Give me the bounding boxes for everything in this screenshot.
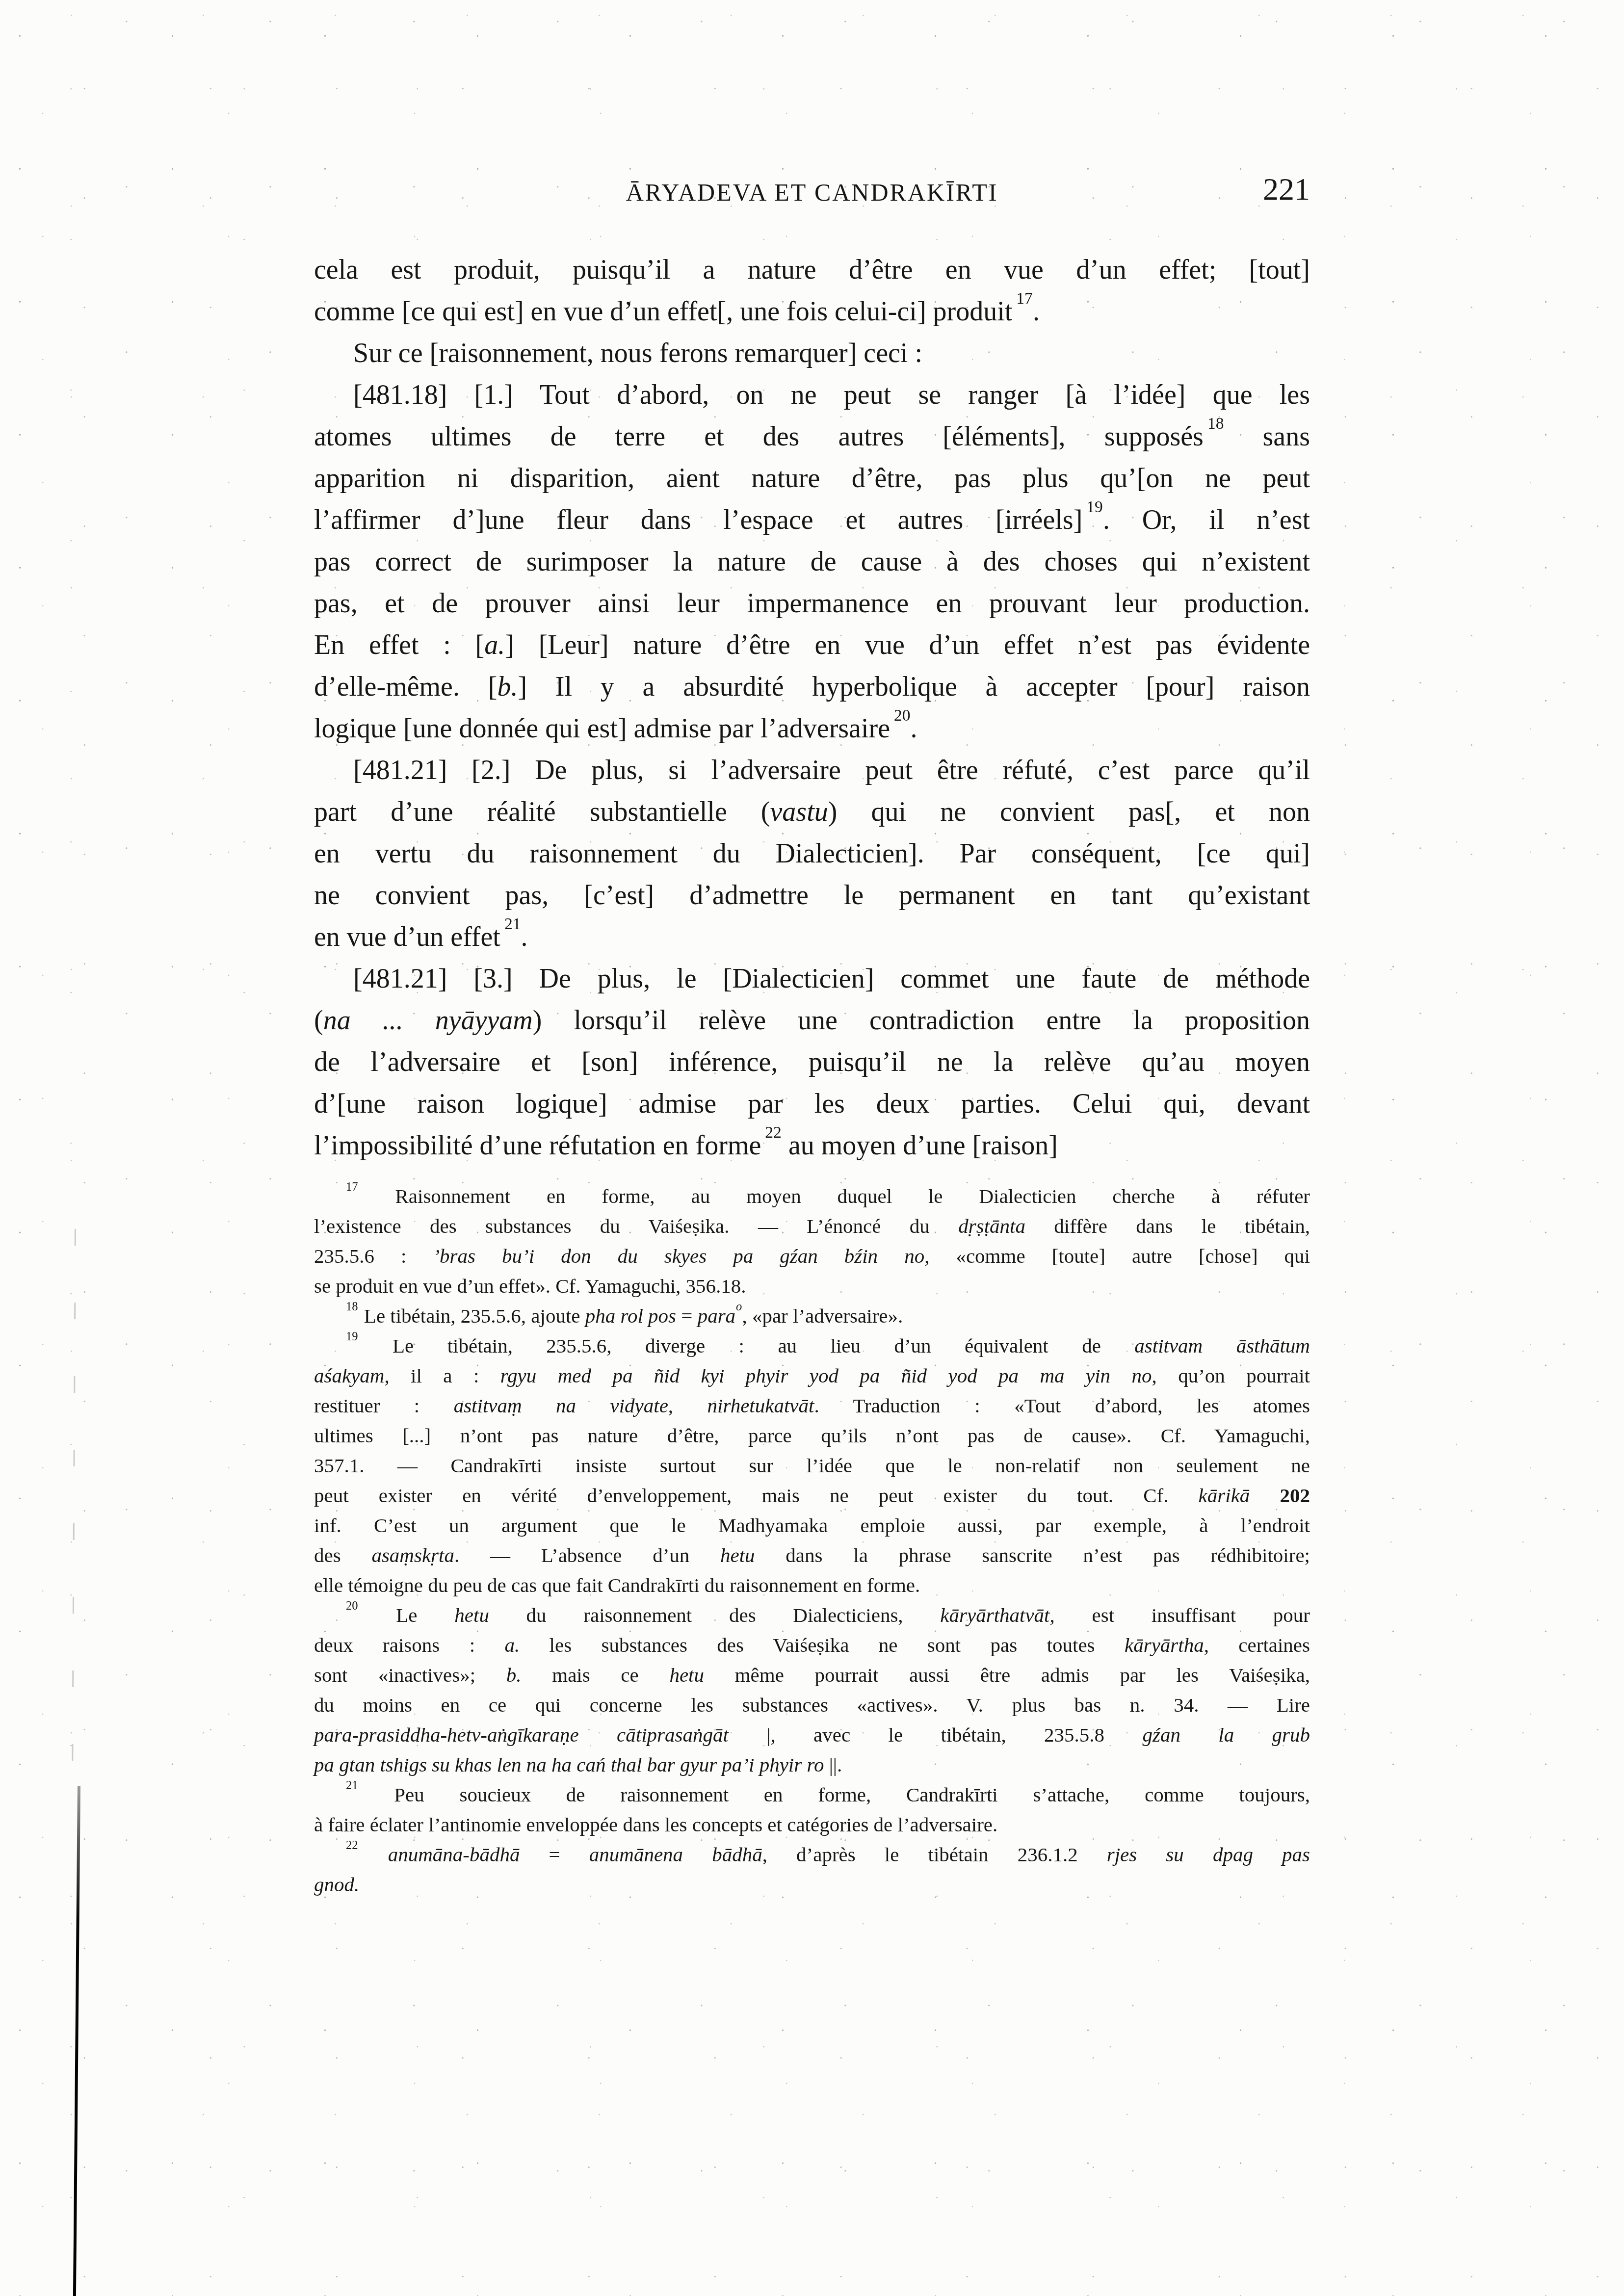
text-run: dans la phrase sanscrite n’est pas rédhi… [755,1544,1310,1566]
body-line: comme [ce qui est] en vue d’un effet[, u… [314,291,1310,333]
text-run: , il a : [384,1364,500,1387]
footnote-line: 19 Le tibétain, 235.5.6, diverge : au li… [314,1331,1310,1361]
footnote-line: 17 Raisonnement en forme, au moyen duque… [314,1181,1310,1211]
text-run: anumāna-bādhā [388,1843,520,1866]
text-run: dṛṣṭānta [958,1215,1025,1237]
text-run: 20 [890,706,911,725]
text-run: de l’adversaire et [son] inférence, puis… [314,1047,1310,1077]
body-line: part d’une réalité substantielle (vastu)… [314,791,1310,833]
text-run: b. [497,672,518,702]
text-run: [481.18] [1.] Tout d’abord, on ne peut s… [353,380,1310,410]
text-run: na ... nyāyyam [323,1005,533,1036]
footnote-line: à faire éclater l’antinomie enveloppée d… [314,1810,1310,1840]
page-title: ĀRYADEVA ET CANDRAKĪRTI [314,178,1310,207]
text-run: Sur ce [raisonnement, nous ferons remarq… [353,338,922,368]
text-run: logique [une donnée qui est] admise par … [314,713,890,744]
paragraph: Sur ce [raisonnement, nous ferons remarq… [314,333,1310,374]
text-run: a. [504,1634,520,1656]
text-run: gnod. [314,1873,359,1896]
text-run: Le [359,1604,455,1626]
text-run: ultimes [...] n’ont pas nature d’être, p… [314,1424,1310,1447]
text-run: aśakyam [314,1364,384,1387]
text-run: peut exister en vérité d’enveloppement, … [314,1484,1199,1507]
text-run: du moins en ce qui concerne les substanc… [314,1694,1310,1716]
text-run: pas correct de surimposer la nature de c… [314,547,1310,577]
footnote-line: 235.5.6 : ’bras bu’i don du skyes pa gźa… [314,1241,1310,1271]
text-run: Le tibétain, 235.5.6, diverge : au lieu … [359,1334,1135,1357]
text-run: = [520,1843,589,1866]
text-run: comme [ce qui est] en vue d’un effet[, u… [314,296,1012,327]
text-run: , qu’on pourrait [1152,1364,1310,1387]
text-run: . Or, il n’est [1103,505,1310,535]
text-run: 17 [1012,289,1033,308]
text-run: ) qui ne convient pas[, et non [828,797,1310,827]
footnote-line: inf. C’est un argument que le Madhyamaka… [314,1511,1310,1540]
text-run: 18 [1204,415,1224,433]
text-run: vastu [770,797,828,827]
text-run: à faire éclater l’antinomie enveloppée d… [314,1813,997,1836]
text-run: ( [314,1005,323,1036]
gutter-line-lower-artifact [73,1786,80,2296]
text-run: 202 [1280,1484,1310,1507]
body-line: pas, et de prouver ainsi leur impermanen… [314,583,1310,625]
text-run: a. [484,630,505,660]
text-run [1250,1484,1280,1507]
text-run: pha rol pos [585,1305,676,1327]
footnote: 18 Le tibétain, 235.5.6, ajoute pha rol … [314,1301,1310,1331]
text-run: sont «inactives»; [314,1664,506,1686]
body-line: ne convient pas, [c’est] d’admettre le p… [314,875,1310,916]
text-run: sans [1224,421,1310,452]
text-run: . [521,922,528,952]
footnotes-section: 17 Raisonnement en forme, au moyen duque… [314,1181,1310,1900]
text-run: 22 [761,1123,782,1142]
text-run: kārikā [1199,1484,1250,1507]
text-run: d’[une raison logique] admise par les de… [314,1089,1310,1119]
body-line: l’affirmer d’]une fleur dans l’espace et… [314,499,1310,541]
text-run: ) lorsqu’il relève une contradiction ent… [533,1005,1310,1036]
body-line: [481.21] [3.] De plus, le [Dialecticien]… [314,958,1310,1000]
footnote-line: 22 anumāna-bādhā = anumānena bādhā, d’ap… [314,1840,1310,1870]
body-line: l’impossibilité d’une réfutation en form… [314,1125,1310,1167]
text-run: elle témoigne du peu de cas que fait Can… [314,1574,920,1596]
text-run: les substances des Vaiśeṣika ne sont pas… [520,1634,1125,1656]
text-run: gźan la grub [1142,1723,1310,1746]
text-run: , d’après le tibétain 236.1.2 [762,1843,1107,1866]
gutter-line-upper-artifact [72,1229,76,1798]
text-run: restituer : [314,1394,454,1417]
footnote-line: 20 Le hetu du raisonnement des Dialectic… [314,1600,1310,1630]
text-run: . [1033,296,1040,327]
text-run [359,1843,388,1866]
text-run: 18 [346,1300,359,1313]
footnote-line: 18 Le tibétain, 235.5.6, ajoute pha rol … [314,1301,1310,1331]
text-run: asaṃskṛta [371,1544,454,1566]
text-run: se produit en vue d’un effet». Cf. Yamag… [314,1275,746,1297]
text-run: atomes ultimes de terre et des autres [é… [314,421,1204,452]
body-line: apparition ni disparition, aient nature … [314,458,1310,499]
footnote-line: gnod. [314,1870,1310,1900]
footnote: 21 Peu soucieux de raisonnement en forme… [314,1780,1310,1840]
footnote-line: se produit en vue d’un effet». Cf. Yamag… [314,1271,1310,1301]
text-run: astitvam āsthātum [1134,1334,1310,1357]
text-run: 20 [346,1599,359,1613]
text-run: ] Il y a absurdité hyperbolique à accept… [518,672,1310,702]
text-run: cela est produit, puisqu’il a nature d’ê… [314,255,1310,285]
page-number: 221 [1263,175,1310,204]
text-run: [481.21] [3.] De plus, le [Dialecticien]… [353,964,1310,994]
text-run: ’bras bu’i don du skyes pa gźan bźin no [433,1245,924,1267]
text-run: hetu [720,1544,755,1566]
text-run: 19 [1082,498,1103,516]
text-run: mais ce [522,1664,670,1686]
text-run: 22 [346,1839,359,1852]
body-line: Sur ce [raisonnement, nous ferons remarq… [314,333,1310,374]
text-run: rgyu med pa ñid kyi phyir yod pa ñid yod… [500,1364,1152,1387]
text-run: ne convient pas, [c’est] d’admettre le p… [314,880,1310,911]
body-line: [481.18] [1.] Tout d’abord, on ne peut s… [314,374,1310,416]
footnote: 20 Le hetu du raisonnement des Dialectic… [314,1600,1310,1780]
footnote-line: elle témoigne du peu de cas que fait Can… [314,1570,1310,1600]
body-line: atomes ultimes de terre et des autres [é… [314,416,1310,458]
text-run: [481.21] [2.] De plus, si l’adversaire p… [353,755,1310,785]
body-line: d’elle-même. [b.] Il y a absurdité hyper… [314,666,1310,708]
body-line: logique [une donnée qui est] admise par … [314,708,1310,750]
text-run: deux raisons : [314,1634,504,1656]
text-run: ] [Leur] nature d’être en vue d’un effet… [505,630,1310,660]
text-run: ||. [824,1753,842,1776]
footnote-line: para-prasiddha-hetv-aṅgīkaraṇe cātiprasa… [314,1720,1310,1750]
footnote-line: l’existence des substances du Vaiśeṣika.… [314,1211,1310,1241]
footnote: 22 anumāna-bādhā = anumānena bādhā, d’ap… [314,1840,1310,1900]
text-run: en vertu du raisonnement du Dialecticien… [314,838,1310,869]
body-line: [481.21] [2.] De plus, si l’adversaire p… [314,750,1310,791]
footnote: 19 Le tibétain, 235.5.6, diverge : au li… [314,1331,1310,1600]
text-run: anumānena bādhā [589,1843,762,1866]
paragraph: cela est produit, puisqu’il a nature d’ê… [314,249,1310,333]
body-line: cela est produit, puisqu’il a nature d’ê… [314,249,1310,291]
footnote-line: deux raisons : a. les substances des Vai… [314,1630,1310,1660]
body-line: de l’adversaire et [son] inférence, puis… [314,1042,1310,1083]
footnote-line: sont «inactives»; b. mais ce hetu même p… [314,1660,1310,1690]
text-run: kāryārtha [1125,1634,1204,1656]
body-line: En effet : [a.] [Leur] nature d’être en … [314,625,1310,666]
footnote-line: des asaṃskṛta. — L’absence d’un hetu dan… [314,1540,1310,1570]
footnote-line: aśakyam, il a : rgyu med pa ñid kyi phyi… [314,1361,1310,1391]
text-run: , «comme [toute] autre [chose] qui [924,1245,1310,1267]
text-run: . — L’absence d’un [454,1544,720,1566]
paragraph: [481.21] [2.] De plus, si l’adversaire p… [314,750,1310,958]
text-run: inf. C’est un argument que le Madhyamaka… [314,1514,1310,1537]
body-line: (na ... nyāyyam) lorsqu’il relève une co… [314,1000,1310,1042]
footnote-line: ultimes [...] n’ont pas nature d’être, p… [314,1421,1310,1451]
text-run: diffère dans le tibétain, [1025,1215,1310,1237]
footnote-line: pa gtan tshigs su khas len na ha cań tha… [314,1750,1310,1780]
text-run: para [698,1305,735,1327]
text-run: l’existence des substances du Vaiśeṣika.… [314,1215,958,1237]
text-run: astitvaṃ na vidyate, nirhetukatvāt [454,1394,814,1417]
text-run: du raisonnement des Dialecticiens, [489,1604,940,1626]
text-run: 19 [346,1330,359,1343]
text-run: même pourrait aussi être admis par les V… [704,1664,1310,1686]
text-run: , est insuffisant pour [1050,1604,1310,1626]
body-line: d’[une raison logique] admise par les de… [314,1083,1310,1125]
text-run: Peu soucieux de raisonnement en forme, C… [359,1783,1310,1806]
text-run: para-prasiddha-hetv-aṅgīkaraṇe cātiprasa… [314,1723,729,1746]
footnote-line: du moins en ce qui concerne les substanc… [314,1690,1310,1720]
text-run: 21 [346,1779,359,1792]
text-run: 357.1. — Candrakīrti insiste surtout sur… [314,1454,1310,1477]
footnote-line: peut exister en vérité d’enveloppement, … [314,1481,1310,1511]
text-run: En effet : [ [314,630,484,660]
text-run: Raisonnement en forme, au moyen duquel l… [359,1185,1310,1207]
body-line: en vue d’un effet21. [314,916,1310,958]
text-run: b. [506,1664,522,1686]
text-run: apparition ni disparition, aient nature … [314,463,1310,494]
text-run: 17 [346,1180,359,1194]
text-run: des [314,1544,371,1566]
body-line: pas correct de surimposer la nature de c… [314,541,1310,583]
text-run: 235.5.6 : [314,1245,433,1267]
footnote-line: 21 Peu soucieux de raisonnement en forme… [314,1780,1310,1810]
footnote-line: 357.1. — Candrakīrti insiste surtout sur… [314,1451,1310,1481]
text-run: o [735,1300,742,1313]
text-run: hetu [669,1664,704,1686]
text-run: Le tibétain, 235.5.6, ajoute [359,1305,585,1327]
text-run: 21 [500,915,521,933]
text-run: l’affirmer d’]une fleur dans l’espace et… [314,505,1082,535]
text-run: pas, et de prouver ainsi leur impermanen… [314,588,1310,619]
footnote: 17 Raisonnement en forme, au moyen duque… [314,1181,1310,1301]
text-run: d’elle-même. [ [314,672,497,702]
paragraph: [481.18] [1.] Tout d’abord, on ne peut s… [314,374,1310,750]
text-run: = [676,1305,698,1327]
text-run: . [911,713,917,744]
text-run: kāryārthatvāt [940,1604,1049,1626]
text-run: l’impossibilité d’une réfutation en form… [314,1130,761,1161]
text-run: part d’une réalité substantielle ( [314,797,770,827]
text-run: |, avec le tibétain, 235.5.8 [729,1723,1143,1746]
text-run: hetu [454,1604,489,1626]
scanned-book-page: ĀRYADEVA ET CANDRAKĪRTI 221 cela est pro… [0,0,1624,2296]
text-run: pa gtan tshigs su khas len na ha cań tha… [314,1753,824,1776]
text-run: au moyen d’une [raison] [782,1130,1058,1161]
text-run: , certaines [1204,1634,1310,1656]
text-run: . Traduction : «Tout d’abord, les atomes [814,1394,1310,1417]
body-line: en vertu du raisonnement du Dialecticien… [314,833,1310,875]
body-text: cela est produit, puisqu’il a nature d’ê… [314,249,1310,1167]
paragraph: [481.21] [3.] De plus, le [Dialecticien]… [314,958,1310,1167]
text-run: rjes su dpag pas [1107,1843,1310,1866]
text-run: en vue d’un effet [314,922,500,952]
running-header: ĀRYADEVA ET CANDRAKĪRTI 221 [314,178,1310,212]
footnote-line: restituer : astitvaṃ na vidyate, nirhetu… [314,1391,1310,1421]
text-run: , «par l’adversaire». [742,1305,903,1327]
